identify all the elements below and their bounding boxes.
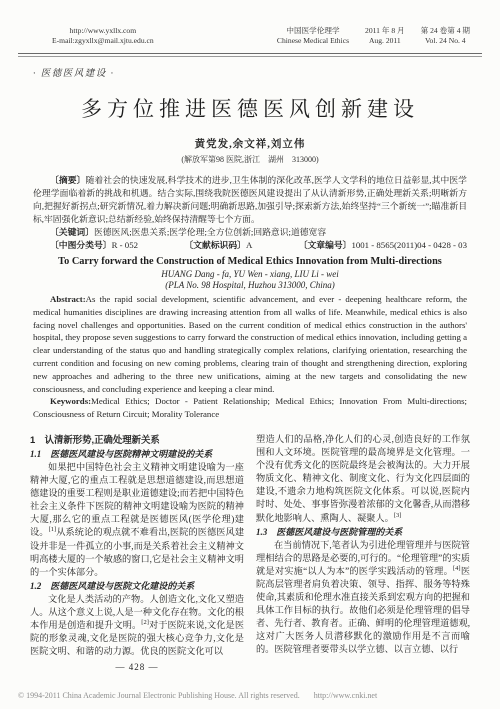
keywords-label-en: Keywords:: [50, 396, 91, 406]
article-id-label: 〔文章编号〕: [299, 240, 352, 250]
body-paragraph: 在当前情况下,笔者认为引进伦理管理并与医院管理相结合的思路是必要的,可行的。“伦…: [256, 539, 470, 657]
keywords-cn: 〔关键词〕医德医风;医患关系;医学伦理;全方位创新;回路意识;道德宽容: [33, 226, 467, 239]
doc-code-label: 〔文献标识码〕: [184, 240, 246, 250]
column-section-label: · 医德医风建设 ·: [33, 65, 500, 79]
body-paragraph: 塑造人们的品格,净化人们的心灵,创造良好的工作氛围和人文环境。医院管理的最高境界…: [256, 433, 470, 525]
abstract-text-cn: 随着社会的快速发展,科学技术的进步,卫生体制的深化改革,医学人文学科的地位日益彰…: [33, 175, 467, 224]
article-authors-en: HUANG Dang - fa, YU Wen - xiang, LIU Li …: [0, 269, 500, 279]
article-affiliation-cn: (解放军第98 医院,浙江 湖州 313000): [0, 154, 500, 165]
abstract-en: Abstract:As the rapid social development…: [33, 293, 467, 395]
volume-issue-cn: 第 24 卷第 4 期: [421, 26, 470, 36]
volume-issue-en: Vol. 24 No. 4: [421, 36, 470, 46]
body-heading: 1 认清新形势,正确处理新关系: [30, 433, 244, 447]
article-title-en: To Carry forward the Construction of Med…: [0, 256, 500, 267]
body-column-left: 1 认清新形势,正确处理新关系1.1 医德医风建设与医院精神文明建设的关系如果把…: [30, 433, 244, 674]
issue-date-cn: 2011 年 8 月: [365, 26, 405, 36]
keywords-text-cn: 医德医风;医患关系;医学伦理;全方位创新;回路意识;道德宽容: [94, 227, 326, 237]
abstract-cn: 〔摘要〕随着社会的快速发展,科学技术的进步,卫生体制的深化改革,医学人文学科的地…: [33, 174, 467, 226]
article-id: 〔文章编号〕1001 - 8565(2011)04 - 0428 - 03: [299, 239, 467, 252]
page-number: — 428 —: [30, 661, 244, 674]
body-paragraph: 文化是人类活动的产物。人创造文化,文化又塑造人。从这个意义上说,人是一种文化存在…: [30, 593, 244, 658]
classification-row: 〔中图分类号〕R - 052 〔文献标识码〕A 〔文章编号〕1001 - 856…: [33, 239, 467, 252]
journal-website: http://www.yxllx.com: [52, 26, 154, 36]
clc-number: 〔中图分类号〕R - 052: [50, 239, 138, 252]
masthead-divider: [18, 53, 482, 57]
abstract-label-cn: 〔摘要〕: [50, 175, 85, 185]
paper-page: http://www.yxllx.com E-mail:zgyxllx@mail…: [0, 0, 500, 709]
article-id-value: 1001 - 8565(2011)04 - 0428 - 03: [351, 240, 467, 250]
body-heading: 1.2 医德医风建设与医院文化建设的关系: [30, 579, 244, 593]
body-heading: 1.3 医德医风建设与医院管理的关系: [256, 525, 470, 539]
right-column-blocks: 塑造人们的品格,净化人们的心灵,创造良好的工作氛围和人文环境。医院管理的最高境界…: [256, 433, 470, 657]
article-title-cn: 多方位推进医德医风创新建设: [0, 93, 500, 123]
footer-url: http://www.cnki.net: [314, 691, 377, 700]
keywords-text-en: Medical Ethics; Doctor - Patient Relatio…: [33, 396, 467, 419]
body-heading: 1.1 医德医风建设与医院精神文明建设的关系: [30, 447, 244, 461]
article-authors-cn: 黄党发,余文祥,刘立伟: [0, 136, 500, 151]
footer-copyright: © 1994-2011 China Academic Journal Elect…: [18, 691, 300, 700]
keywords-label-cn: 〔关键词〕: [50, 227, 94, 237]
journal-name-en: Chinese Medical Ethics: [277, 36, 349, 46]
keywords-en: Keywords:Medical Ethics; Doctor - Patien…: [33, 395, 467, 421]
journal-name-cn: 中国医学伦理学: [277, 26, 349, 36]
document-code: 〔文献标识码〕A: [184, 239, 252, 252]
journal-contact: http://www.yxllx.com E-mail:zgyxllx@mail…: [52, 26, 154, 46]
article-body: 1 认清新形势,正确处理新关系1.1 医德医风建设与医院精神文明建设的关系如果把…: [30, 433, 470, 674]
issue-date-en: Aug. 2011: [365, 36, 405, 46]
article-affiliation-en: (PLA No. 98 Hospital, Huzhou 313000, Chi…: [0, 280, 500, 290]
abstract-text-en: As the rapid social development, scienti…: [33, 294, 467, 394]
journal-issue-info: 中国医学伦理学 2011 年 8 月 第 24 卷第 4 期 Chinese M…: [277, 26, 470, 46]
abstract-label-en: Abstract:: [50, 294, 86, 304]
clc-label: 〔中图分类号〕: [50, 240, 112, 250]
body-paragraph: 如果把中国特色社会主义精神文明建设喻为一座精神大厦,它的重点工程就是思想道德建设…: [30, 461, 244, 579]
cnki-footer: © 1994-2011 China Academic Journal Elect…: [18, 691, 482, 700]
body-column-right: 塑造人们的品格,净化人们的心灵,创造良好的工作氛围和人文环境。医院管理的最高境界…: [256, 433, 470, 674]
doc-code-value: A: [246, 240, 252, 250]
left-column-blocks: 1 认清新形势,正确处理新关系1.1 医德医风建设与医院精神文明建设的关系如果把…: [30, 433, 244, 658]
journal-email: E-mail:zgyxllx@mail.xjtu.edu.cn: [52, 36, 154, 46]
journal-masthead: http://www.yxllx.com E-mail:zgyxllx@mail…: [0, 0, 500, 46]
clc-value: R - 052: [112, 240, 138, 250]
